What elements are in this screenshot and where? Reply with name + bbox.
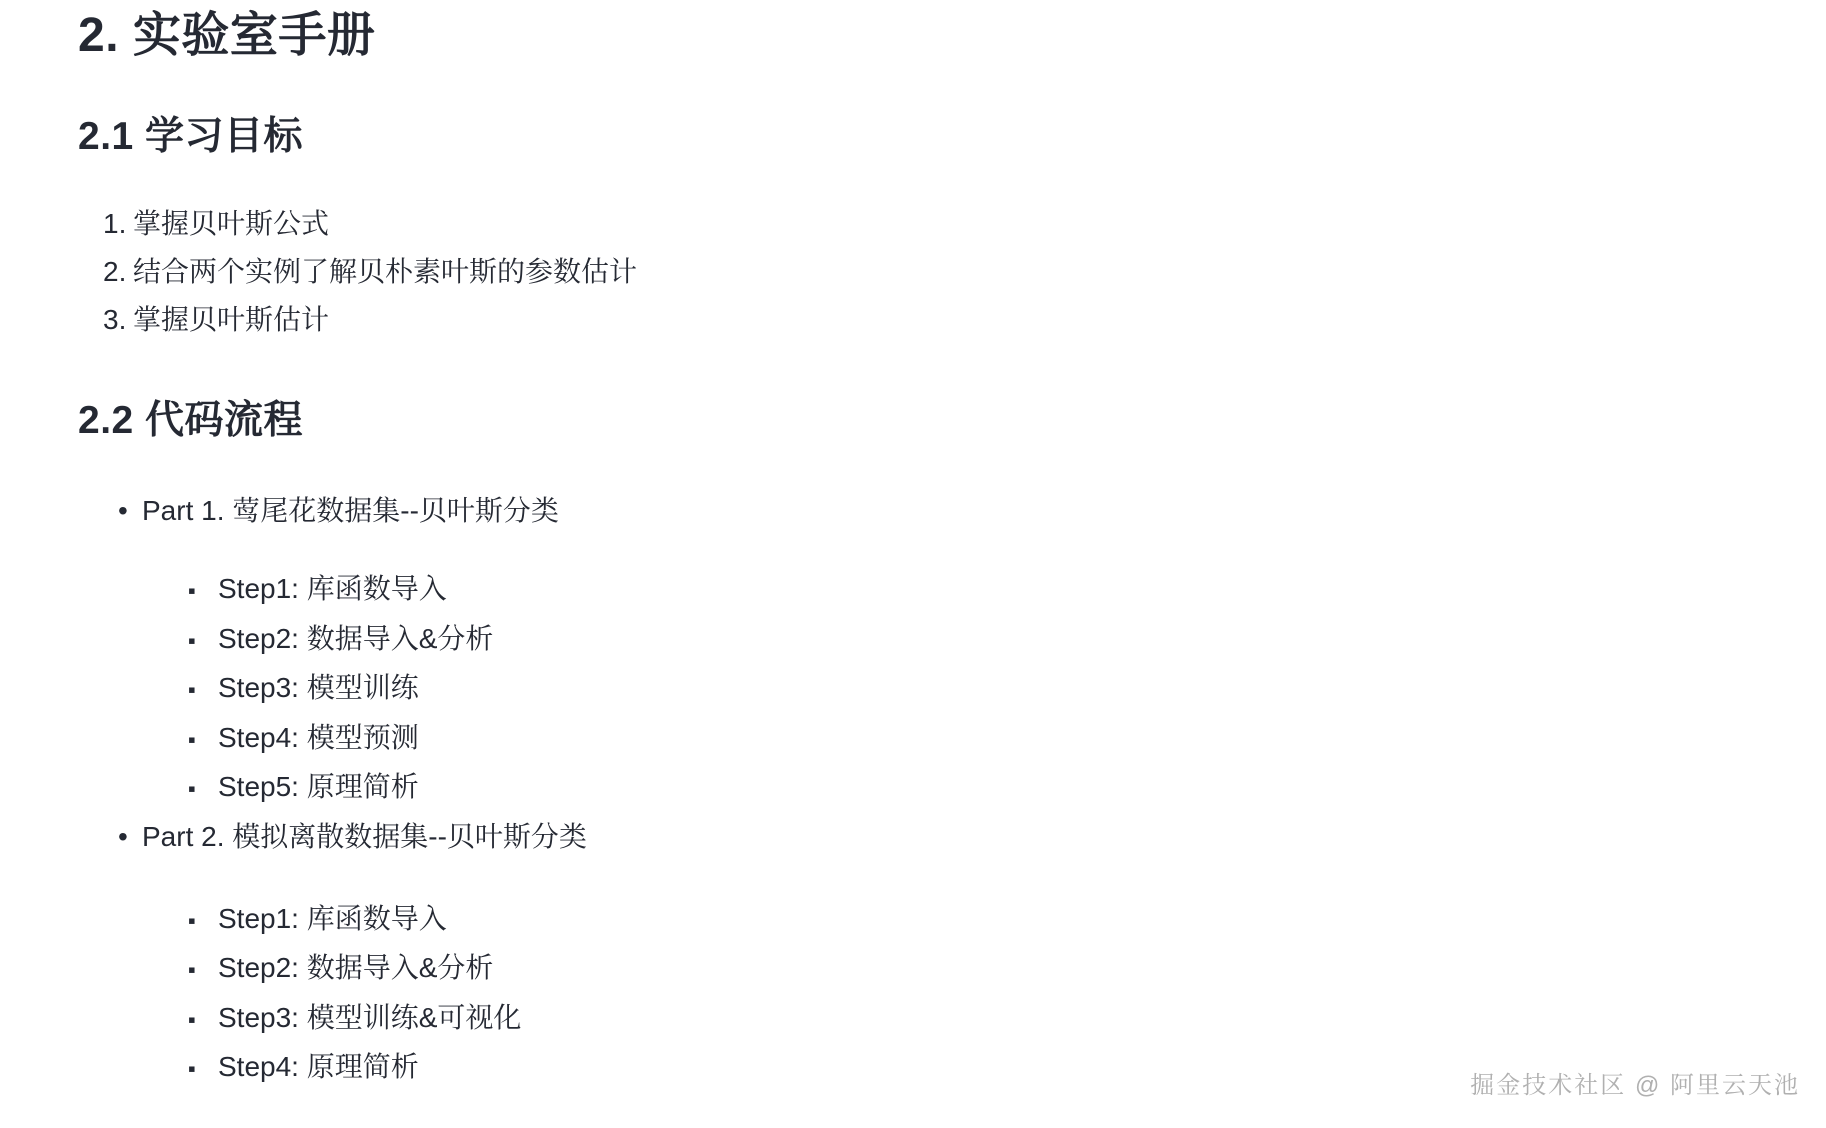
square-bullet-icon: ▪ [188, 617, 218, 665]
square-bullet-icon: ▪ [188, 1045, 218, 1093]
part2-steps-list: ▪ Step1: 库函数导入 ▪ Step2: 数据导入&分析 ▪ Step3:… [78, 895, 1826, 1093]
list-item-step: ▪ Step5: 原理简析 [78, 763, 1826, 813]
ordered-marker: 1. [103, 200, 133, 248]
page-title: 2. 实验室手册 [78, 8, 1826, 64]
section-heading-learning-goals: 2.1 学习目标 [78, 114, 1826, 160]
learning-goals-list: 1. 掌握贝叶斯公式 2. 结合两个实例了解贝朴素叶斯的参数估计 3. 掌握贝叶… [78, 200, 1826, 344]
list-item-part1: • Part 1. 莺尾花数据集--贝叶斯分类 ▪ Step1: 库函数导入 ▪… [78, 487, 1826, 813]
list-item-step: ▪ Step1: 库函数导入 [78, 895, 1826, 945]
square-bullet-icon: ▪ [188, 996, 218, 1044]
disc-bullet-icon: • [118, 813, 142, 861]
list-item-step: ▪ Step2: 数据导入&分析 [78, 615, 1826, 665]
list-item: 3. 掌握贝叶斯估计 [78, 296, 1826, 344]
ordered-marker: 3. [103, 296, 133, 344]
part1-label: Part 1. 莺尾花数据集--贝叶斯分类 [142, 487, 559, 535]
step-text: Step4: 模型预测 [218, 714, 419, 762]
list-item-part2: • Part 2. 模拟离散数据集--贝叶斯分类 ▪ Step1: 库函数导入 … [78, 813, 1826, 1093]
ordered-marker: 2. [103, 248, 133, 296]
step-text: Step2: 数据导入&分析 [218, 615, 493, 663]
step-text: Step2: 数据导入&分析 [218, 944, 493, 992]
list-item-step: ▪ Step3: 模型训练&可视化 [78, 994, 1826, 1044]
square-bullet-icon: ▪ [188, 897, 218, 945]
list-item: 2. 结合两个实例了解贝朴素叶斯的参数估计 [78, 248, 1826, 296]
list-item-step: ▪ Step2: 数据导入&分析 [78, 944, 1826, 994]
square-bullet-icon: ▪ [188, 666, 218, 714]
list-item: 1. 掌握贝叶斯公式 [78, 200, 1826, 248]
list-item-text: 掌握贝叶斯公式 [133, 200, 329, 248]
step-text: Step3: 模型训练 [218, 664, 419, 712]
part1-steps-list: ▪ Step1: 库函数导入 ▪ Step2: 数据导入&分析 ▪ Step3:… [78, 565, 1826, 813]
disc-bullet-icon: • [118, 487, 142, 535]
watermark: 掘金技术社区 @ 阿里云天池 [1470, 1065, 1800, 1100]
square-bullet-icon: ▪ [188, 765, 218, 813]
part2-label: Part 2. 模拟离散数据集--贝叶斯分类 [142, 813, 587, 861]
code-flow-list: • Part 1. 莺尾花数据集--贝叶斯分类 ▪ Step1: 库函数导入 ▪… [78, 487, 1826, 1093]
square-bullet-icon: ▪ [188, 567, 218, 615]
page: { "doc": { "title": "2. 实验室手册", "objecti… [0, 0, 1826, 1128]
step-text: Step4: 原理简析 [218, 1043, 419, 1091]
list-item-step: ▪ Step4: 模型预测 [78, 714, 1826, 764]
step-text: Step1: 库函数导入 [218, 895, 447, 943]
step-text: Step5: 原理简析 [218, 763, 419, 811]
list-item-text: 结合两个实例了解贝朴素叶斯的参数估计 [133, 248, 637, 296]
section-heading-code-flow: 2.2 代码流程 [78, 398, 1826, 444]
step-text: Step1: 库函数导入 [218, 565, 447, 613]
list-item-step: ▪ Step3: 模型训练 [78, 664, 1826, 714]
document-content: 2. 实验室手册 2.1 学习目标 1. 掌握贝叶斯公式 2. 结合两个实例了解… [0, 0, 1826, 1093]
square-bullet-icon: ▪ [188, 946, 218, 994]
step-text: Step3: 模型训练&可视化 [218, 994, 521, 1042]
list-item-text: 掌握贝叶斯估计 [133, 296, 329, 344]
square-bullet-icon: ▪ [188, 716, 218, 764]
list-item-step: ▪ Step1: 库函数导入 [78, 565, 1826, 615]
